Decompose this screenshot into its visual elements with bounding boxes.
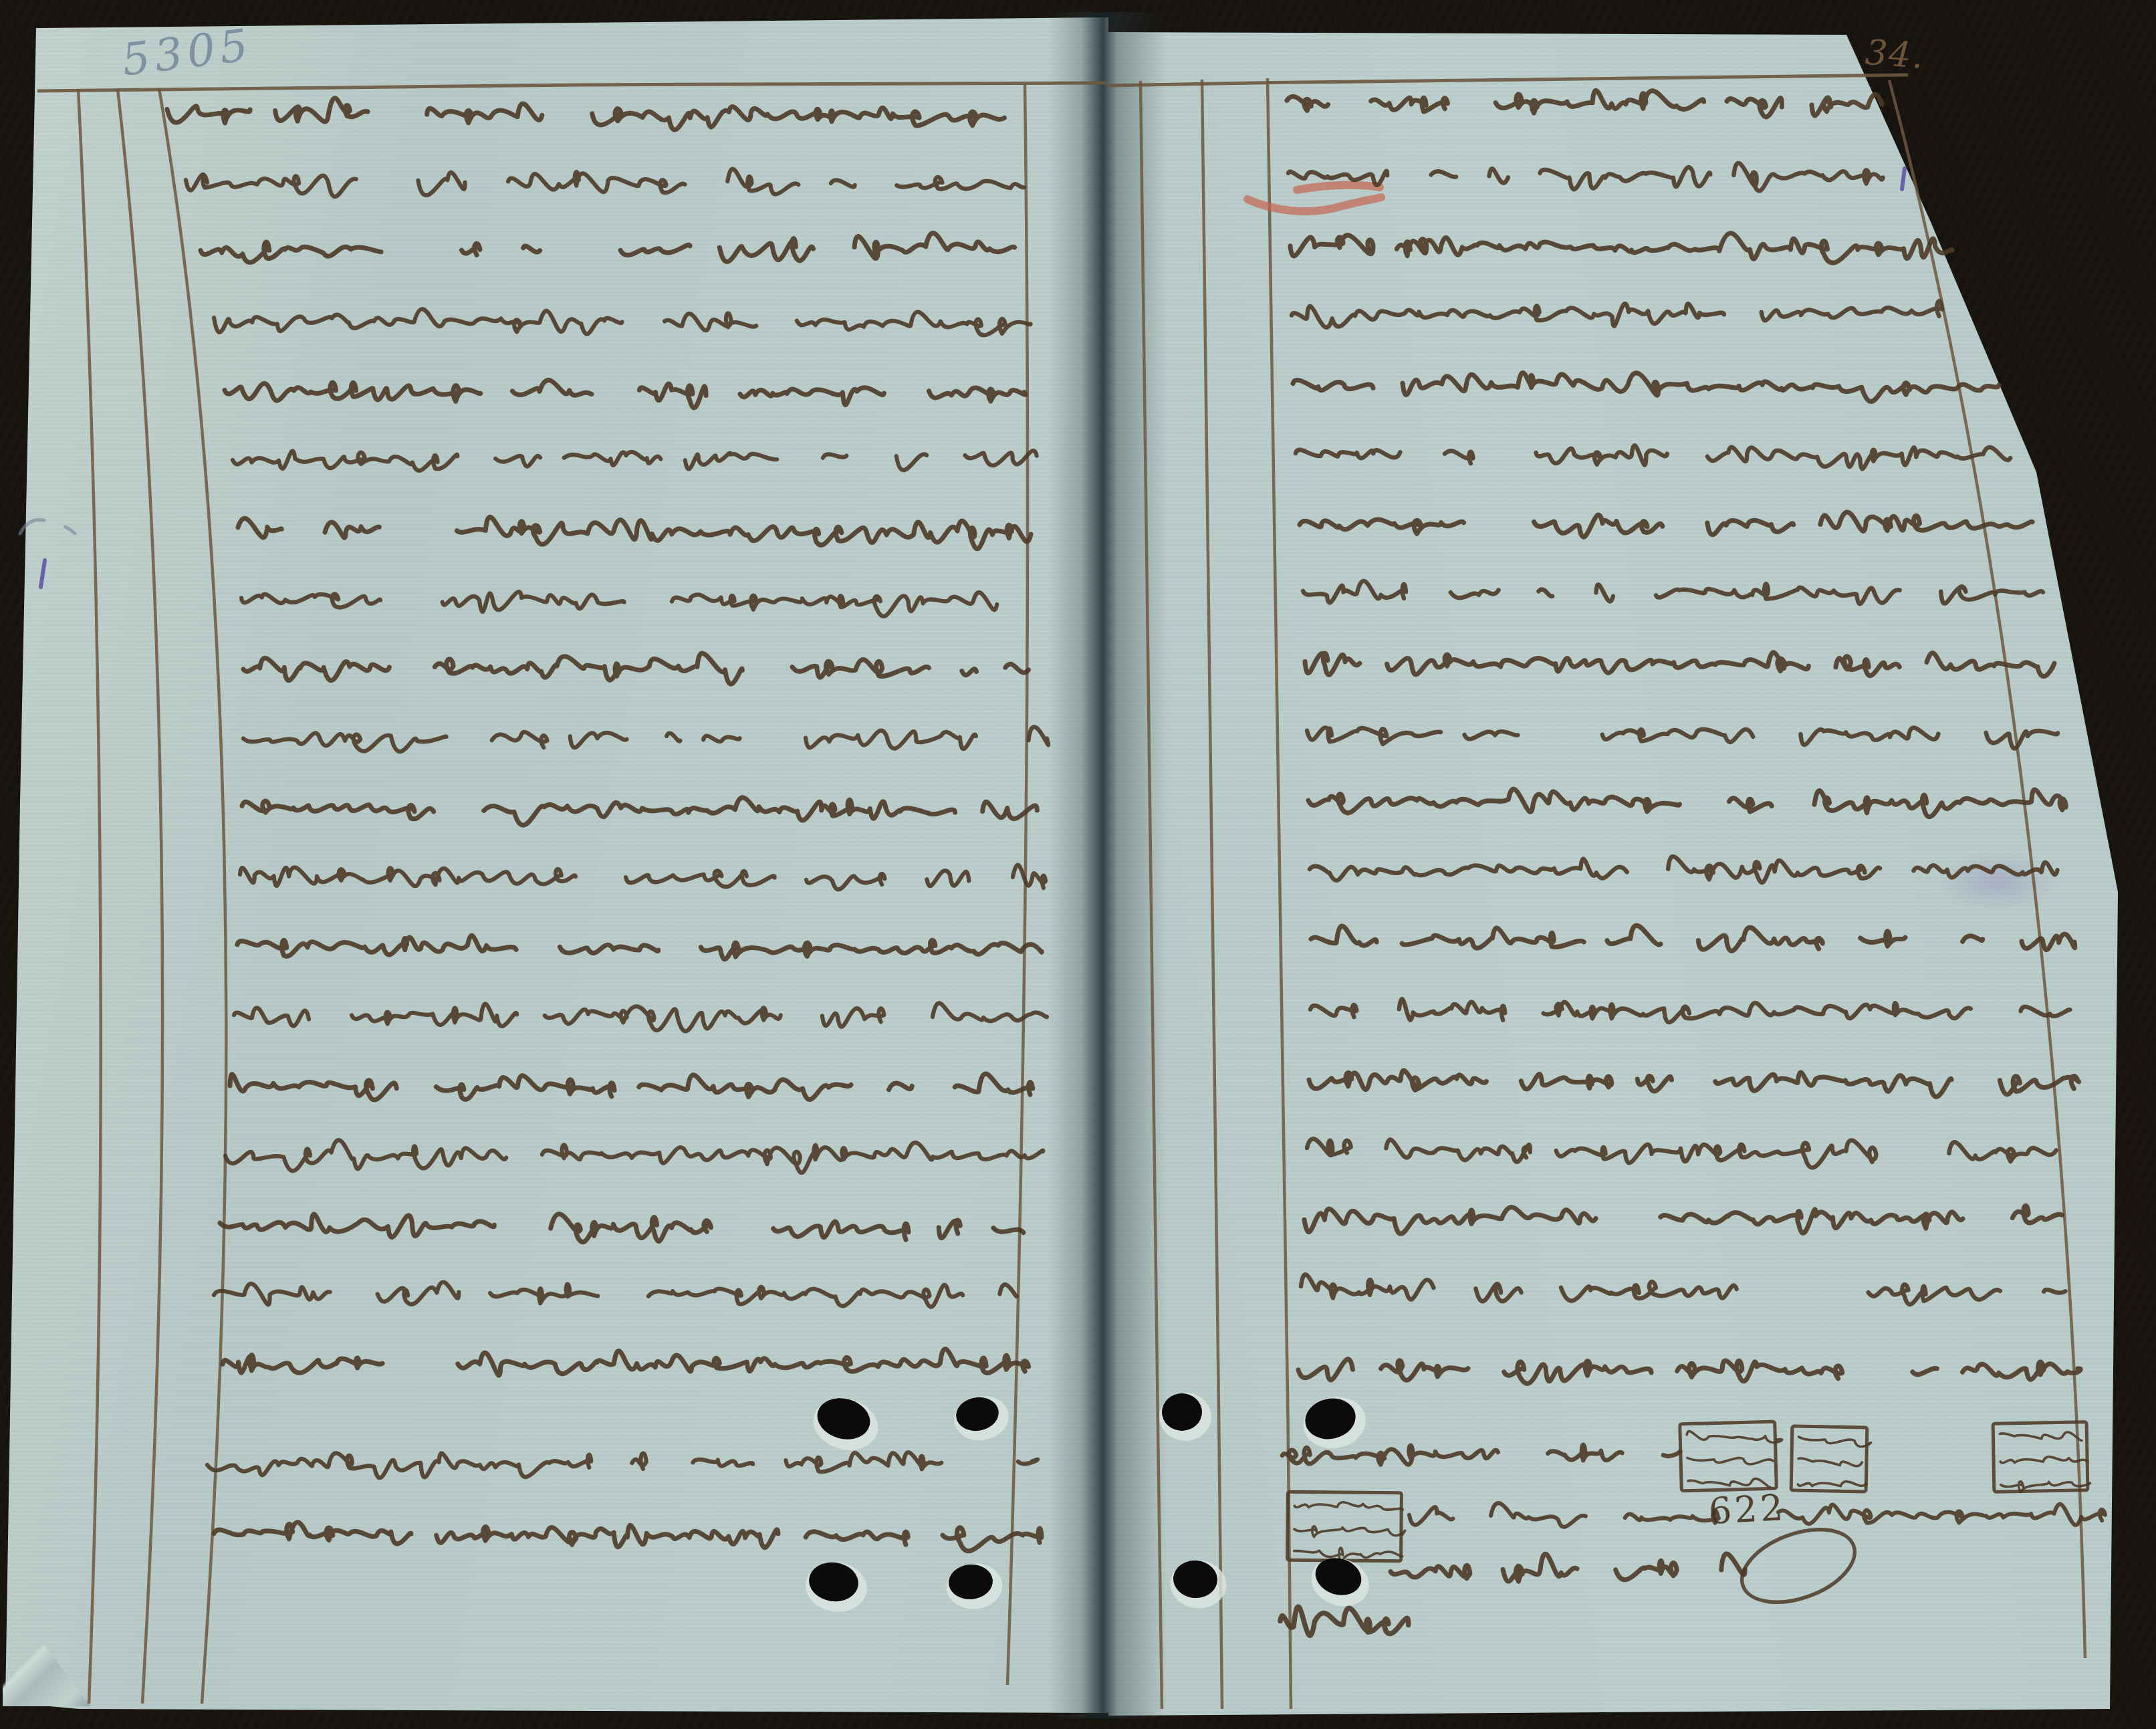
handwriting-line bbox=[1305, 653, 2054, 677]
drawn-seal-box bbox=[1288, 1492, 1406, 1563]
handwriting-line bbox=[225, 380, 1026, 408]
handwriting-line bbox=[214, 1522, 1042, 1551]
handwriting-line bbox=[1298, 1359, 2080, 1383]
margin-rule-line bbox=[1141, 81, 1162, 1709]
handwriting-line bbox=[230, 1074, 1033, 1100]
handwriting-line bbox=[1292, 301, 1942, 327]
handwriting-line bbox=[207, 1452, 1038, 1478]
handwriting-line bbox=[1288, 163, 1883, 191]
handwriting-line bbox=[1798, 1437, 1871, 1447]
handwriting-line bbox=[223, 1349, 1029, 1376]
handwriting-line bbox=[238, 517, 1031, 549]
handwriting-line bbox=[2000, 1456, 2088, 1463]
handwriting-line bbox=[220, 1214, 1024, 1242]
handwriting-line bbox=[1280, 1607, 1409, 1635]
handwriting-line bbox=[1290, 233, 1952, 263]
handwriting-line bbox=[1303, 581, 2043, 604]
handwriting-line bbox=[167, 98, 1004, 130]
handwriting-line bbox=[1409, 1503, 1719, 1527]
handwriting-line bbox=[242, 798, 1037, 825]
handwriting-line bbox=[1294, 1502, 1403, 1510]
handwriting-line bbox=[1778, 1504, 2105, 1525]
handwriting-line bbox=[1798, 1481, 1867, 1488]
worm-hole bbox=[1162, 1393, 1202, 1431]
handwriting-line bbox=[1311, 925, 2075, 951]
handwriting-line bbox=[1300, 512, 2032, 537]
pencil-margin-scribble bbox=[20, 520, 44, 534]
handwriting-line bbox=[234, 1003, 1047, 1031]
purple-margin-tick bbox=[41, 560, 45, 587]
handwriting-line bbox=[1296, 445, 2010, 469]
drawn-seal-box bbox=[1791, 1426, 1871, 1492]
handwriting-line bbox=[240, 865, 1046, 890]
pencil-margin-scribble bbox=[66, 527, 75, 534]
seal-box-border bbox=[1993, 1422, 2088, 1492]
red-chalk-underline bbox=[1297, 185, 1380, 190]
handwriting-line bbox=[1282, 1445, 1680, 1465]
margin-rule-line bbox=[1202, 80, 1222, 1709]
handwriting-line bbox=[1301, 1274, 2065, 1304]
page-number: 34. bbox=[1864, 33, 1926, 77]
handwriting-line bbox=[201, 233, 1015, 263]
handwriting-line bbox=[1294, 1526, 1405, 1538]
red-chalk-underline bbox=[1247, 197, 1381, 211]
manuscript-scan: 5305 34. 622 bbox=[0, 0, 2156, 1729]
handwriting-line bbox=[214, 309, 1031, 335]
handwriting-line bbox=[1687, 1456, 1773, 1466]
handwriting-line bbox=[1391, 1554, 1745, 1581]
handwriting-line bbox=[233, 451, 1037, 471]
margin-rule-line bbox=[118, 89, 162, 1704]
handwriting-line bbox=[1687, 1429, 1782, 1445]
margin-rule-line bbox=[1268, 78, 1291, 1709]
drawn-seal-box bbox=[1680, 1421, 1784, 1491]
handwriting-line bbox=[1287, 90, 1882, 117]
handwriting-line bbox=[1309, 1070, 2079, 1097]
header-rule-line bbox=[1107, 75, 1908, 86]
handwriting-line bbox=[243, 653, 1028, 684]
ink-number-622: 622 bbox=[1707, 1486, 1786, 1532]
handwriting-line bbox=[1310, 856, 2058, 883]
handwriting-line bbox=[1798, 1458, 1863, 1466]
handwriting-line bbox=[2000, 1432, 2082, 1442]
handwriting-line bbox=[214, 1282, 1017, 1307]
margin-rule-line bbox=[78, 89, 101, 1704]
handwriting-line bbox=[1293, 373, 1999, 402]
handwriting-line bbox=[1307, 727, 2058, 748]
handwriting-line bbox=[243, 727, 1048, 752]
handwriting-line bbox=[241, 592, 997, 616]
handwriting-line bbox=[237, 935, 1042, 959]
handwriting-line bbox=[1307, 1139, 2056, 1167]
handwriting-line bbox=[186, 169, 1024, 197]
signature-flourish bbox=[1732, 1516, 1865, 1616]
handwriting-line bbox=[1310, 999, 2070, 1022]
purple-margin-tick bbox=[1902, 168, 1905, 189]
handwriting-line bbox=[1308, 789, 2066, 817]
handwriting-line bbox=[1304, 1205, 2062, 1234]
header-rule-line bbox=[37, 83, 1106, 91]
drawn-seal-box bbox=[1993, 1422, 2090, 1492]
handwriting-layer bbox=[0, 0, 2156, 1729]
handwriting-line bbox=[225, 1140, 1043, 1173]
